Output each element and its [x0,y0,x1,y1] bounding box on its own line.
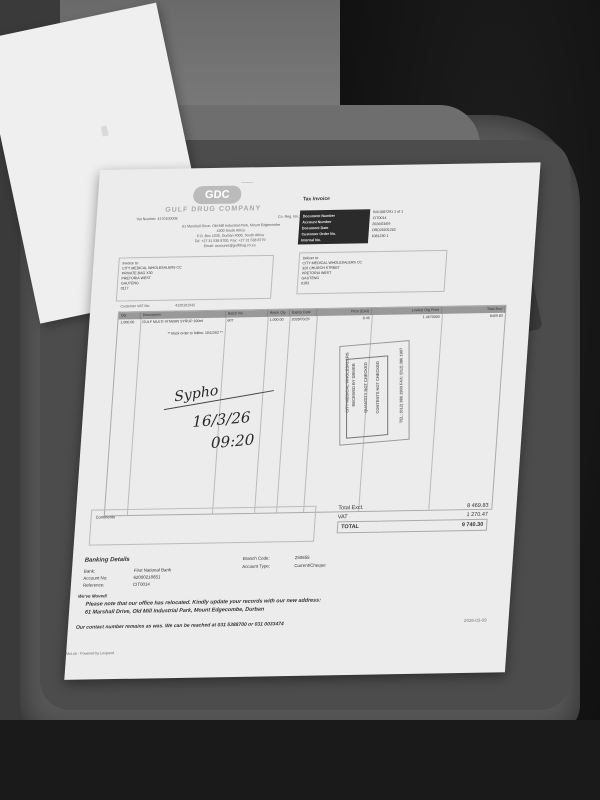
handwritten-time: 09:20 [211,430,254,452]
invoice-to-box: Invoice to: CITY MEDICAL WHOLESALERS CC … [116,255,274,302]
company-name: GULF DRUG COMPANY [165,205,261,214]
floor-shadow [0,720,600,800]
comments-label: Comments [96,514,116,519]
footer-date: 2026-03-09 [464,618,487,623]
back-order-note: ** Back order to follow: 1041262 ** [167,331,222,336]
document-info-values: INV1087291 1 of 1 CIT0014 2026/03/09 ORD… [371,209,403,240]
document-type: Tax Invoice [303,196,330,202]
relocation-notice: We've Moved! Please note that our office… [76,588,439,631]
deliver-to-box: Deliver to: CITY MEDICAL WHOLESALERS CC … [296,250,447,295]
banking-details: Bank:First National Bank Account No:6200… [83,566,172,589]
banking-details-title: Banking Details [84,557,129,564]
top-marker: ——— [241,179,253,184]
customer-vat-row: Customer VAT No: 4120101942 [120,303,195,309]
line-items-table: Qty Description Batch No. Batch Qty Expi… [104,305,507,517]
received-stamp-inner: RECEIVED BY DRIVER QUANTITY NOT CHECKED … [346,355,388,438]
registration-row: Vat Number: 4170100008 Co. Reg. No.: 198… [136,214,327,222]
tray-rim [150,105,480,145]
banking-details-branch: Branch Code:250655 Account Type:Current/… [242,554,326,571]
vat-number: Vat Number: 4170100008 [136,217,177,223]
footer-powered-by: McLuh - Powered by Lexpand [66,651,114,656]
staple-icon [101,126,109,137]
company-address: 61 Marshall Drive, Old Mill Industrial P… [139,222,321,250]
tax-invoice-document: ——— GDC GULF DRUG COMPANY Tax Invoice Va… [64,162,540,680]
company-logo: GDC [193,186,242,205]
comments-box: Comments [89,506,317,546]
grand-total-row: TOTAL 9 740.30 [337,519,488,534]
document-info-labels: Document Number Account Number Document … [298,209,370,244]
totals-block: Total Excl. 8 469.83 VAT 1 270.47 TOTAL … [337,501,489,534]
